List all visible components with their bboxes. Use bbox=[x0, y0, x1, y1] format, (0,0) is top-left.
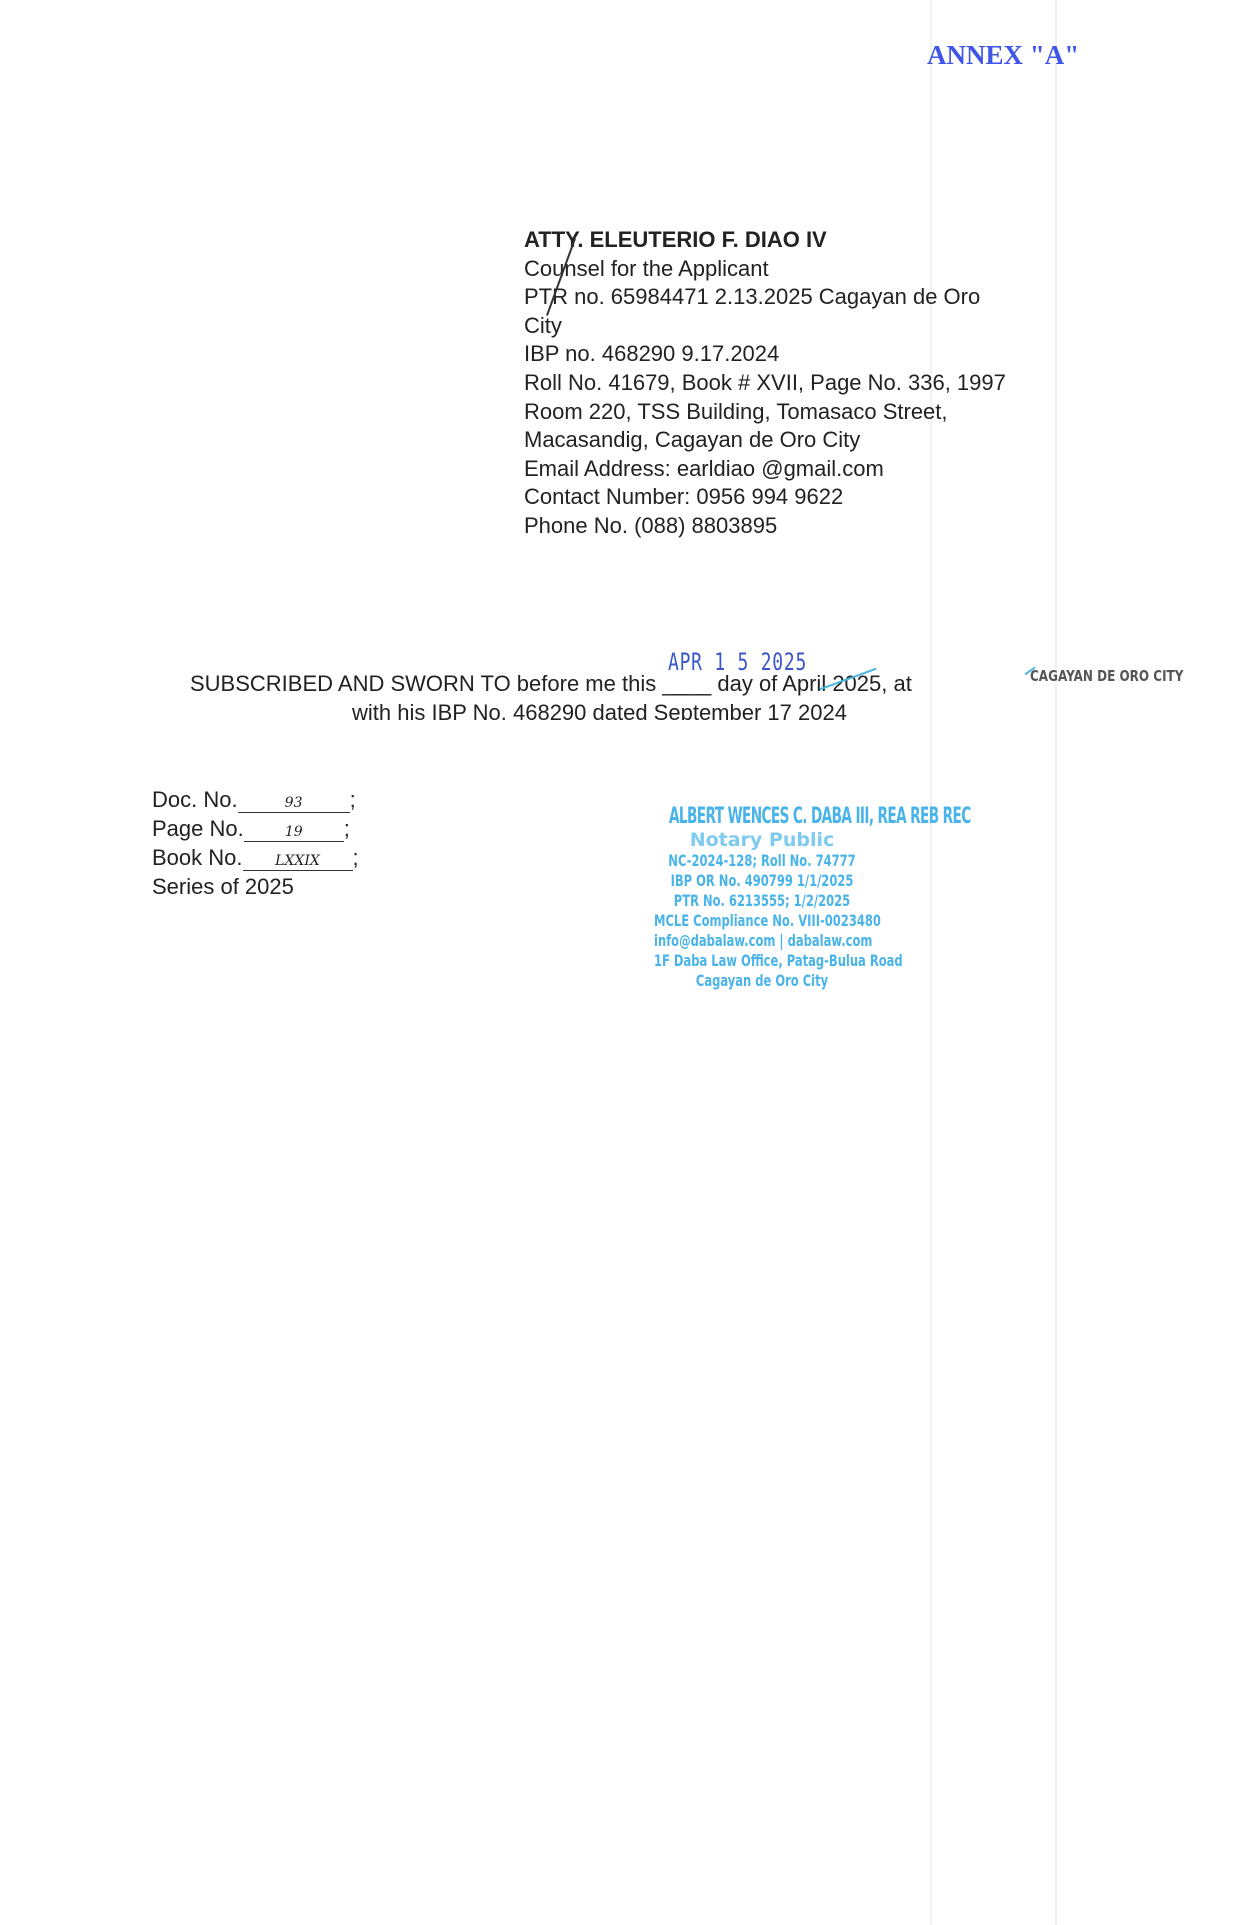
scan-artifact-line bbox=[1055, 0, 1057, 1925]
counsel-line: Macasandig, Cagayan de Oro City bbox=[524, 426, 1006, 455]
series-year: Series of 2025 bbox=[152, 872, 359, 901]
jurat-line-2: with his IBP No. 468290 dated September … bbox=[352, 700, 847, 720]
counsel-line: Roll No. 41679, Book # XVII, Page No. 33… bbox=[524, 369, 1006, 398]
counsel-line: IBP no. 468290 9.17.2024 bbox=[524, 340, 1006, 369]
seal-line: PTR No. 6213555; 1/2/2025 bbox=[654, 891, 870, 911]
page-no-value: 19 bbox=[244, 823, 344, 842]
counsel-line: PTR no. 65984471 2.13.2025 Cagayan de Or… bbox=[524, 283, 1006, 312]
page-no-label: Page No. bbox=[152, 816, 244, 841]
counsel-line: Phone No. (088) 8803895 bbox=[524, 512, 1006, 541]
counsel-line: Counsel for the Applicant bbox=[524, 255, 1006, 284]
book-no-value: LXXIX bbox=[243, 852, 353, 871]
seal-line: 1F Daba Law Office, Patag-Bulua Road bbox=[654, 951, 870, 971]
seal-line: info@dabalaw.com | dabalaw.com bbox=[654, 931, 870, 951]
counsel-line: City bbox=[524, 312, 1006, 341]
seal-line: IBP OR No. 490799 1/1/2025 bbox=[654, 871, 870, 891]
counsel-line: Room 220, TSS Building, Tomasaco Street, bbox=[524, 398, 1006, 427]
counsel-line: Email Address: earldiao @gmail.com bbox=[524, 455, 1006, 484]
annex-label: ANNEX "A" bbox=[927, 40, 1079, 71]
counsel-name: ATTY. ELEUTERIO F. DIAO IV bbox=[524, 226, 1006, 255]
notary-name: ALBERT WENCES C. DABA III, REA REB REC bbox=[669, 804, 855, 829]
counsel-signature-block: ATTY. ELEUTERIO F. DIAO IV Counsel for t… bbox=[524, 226, 1006, 541]
seal-line: MCLE Compliance No. VIII-0023480 bbox=[654, 911, 870, 931]
book-no-label: Book No. bbox=[152, 845, 243, 870]
notary-seal: ALBERT WENCES C. DABA III, REA REB REC N… bbox=[612, 804, 912, 991]
notary-title: Notary Public bbox=[612, 829, 912, 851]
counsel-line: Contact Number: 0956 994 9622 bbox=[524, 483, 1006, 512]
place-stamp: CAGAYAN DE ORO CITY bbox=[1030, 667, 1183, 685]
doc-no-value: 93 bbox=[238, 794, 350, 813]
notarial-register: Doc. No.93; Page No.19; Book No.LXXIX; S… bbox=[152, 785, 359, 901]
doc-no-label: Doc. No. bbox=[152, 787, 238, 812]
seal-line: NC-2024-128; Roll No. 74777 bbox=[654, 851, 870, 871]
jurat-line-1: SUBSCRIBED AND SWORN TO before me this _… bbox=[190, 671, 912, 697]
seal-line: Cagayan de Oro City bbox=[654, 971, 870, 991]
